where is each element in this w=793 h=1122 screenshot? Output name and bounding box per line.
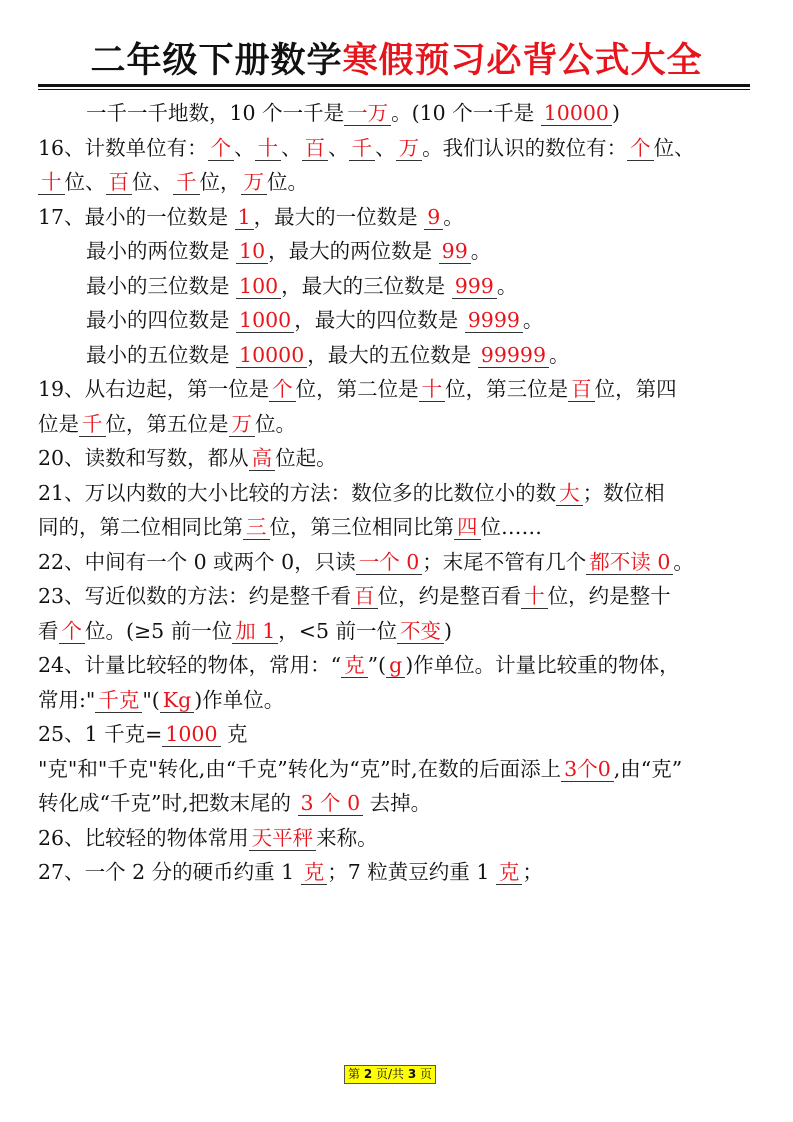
static-text: 位、 bbox=[65, 170, 106, 194]
answer-blank: 加 1 bbox=[232, 619, 278, 644]
static-text: 、 bbox=[234, 136, 255, 160]
answer-blank: 3个0 bbox=[561, 757, 614, 782]
static-text: ”( bbox=[368, 653, 386, 677]
static-text: 。 bbox=[443, 205, 464, 229]
answer-blank: 十 bbox=[419, 377, 446, 402]
answer-blank: 个 bbox=[269, 377, 296, 402]
document-body: 一千一千地数，10 个一千是一万。(10 个一千是 10000)16、计数单位有… bbox=[38, 96, 758, 890]
answer-blank: 大 bbox=[556, 481, 583, 506]
answer-blank: 个 bbox=[627, 136, 654, 161]
static-text: ；末尾不管有几个 bbox=[422, 550, 586, 574]
answer-blank: 三 bbox=[243, 515, 270, 540]
answer-blank: 9 bbox=[424, 205, 443, 230]
answer-blank: 10000 bbox=[541, 101, 612, 126]
static-text: 25、1 千克= bbox=[38, 722, 162, 746]
static-text: 。 bbox=[497, 274, 518, 298]
answer-blank: Kg bbox=[160, 688, 194, 713]
answer-blank: 克 bbox=[496, 860, 523, 885]
static-text: 。我们认识的数位有： bbox=[422, 136, 627, 160]
answer-blank: 999 bbox=[452, 274, 497, 299]
static-text: 19、从右边起，第一位是 bbox=[38, 377, 269, 401]
static-text: 位。(≥5 前一位 bbox=[85, 619, 232, 643]
static-text: ，最大的四位数是 bbox=[294, 308, 465, 332]
static-text: 看 bbox=[38, 619, 59, 643]
static-text: 21、万以内数的大小比较的方法：数位多的比数位小的数 bbox=[38, 481, 556, 505]
static-text: ，最大的两位数是 bbox=[268, 239, 439, 263]
answer-blank: 1 bbox=[235, 205, 254, 230]
answer-blank: 四 bbox=[454, 515, 481, 540]
static-text: 常用:" bbox=[38, 688, 95, 712]
static-text: 同的，第二位相同比第 bbox=[38, 515, 243, 539]
static-text: 最小的三位数是 bbox=[86, 274, 236, 298]
text-line: 看个位。(≥5 前一位加 1，<5 前一位不变) bbox=[38, 614, 758, 649]
static-text: ；数位相 bbox=[583, 481, 665, 505]
static-text: 24、计量比较轻的物体，常用：“ bbox=[38, 653, 341, 677]
static-text: 位，第四 bbox=[595, 377, 677, 401]
text-line: 25、1 千克=1000 克 bbox=[38, 717, 758, 752]
answer-blank: 一个 0 bbox=[356, 550, 423, 575]
text-line: 同的，第二位相同比第三位，第三位相同比第四位…… bbox=[38, 510, 758, 545]
title-divider-thick bbox=[38, 84, 750, 87]
text-line: 22、中间有一个 0 或两个 0，只读一个 0；末尾不管有几个都不读 0。 bbox=[38, 545, 758, 580]
answer-blank: 个 bbox=[59, 619, 86, 644]
answer-blank: 100 bbox=[236, 274, 281, 299]
static-text: )作单位。计量比较重的物体， bbox=[405, 653, 680, 677]
title-black-part: 二年级下册数学 bbox=[90, 41, 342, 81]
text-line: 20、读数和写数，都从高位起。 bbox=[38, 441, 758, 476]
static-text: 26、比较轻的物体常用 bbox=[38, 826, 249, 850]
answer-blank: g bbox=[386, 653, 405, 678]
answer-blank: 1000 bbox=[162, 722, 220, 747]
static-text: ； bbox=[522, 860, 543, 884]
static-text: 。 bbox=[471, 239, 492, 263]
total-pages-number: 3 bbox=[408, 1067, 416, 1081]
static-text: 。 bbox=[673, 550, 694, 574]
text-line: "克"和"千克"转化,由“千克”转化为“克”时,在数的后面添上3个0,由“克” bbox=[38, 752, 758, 787]
answer-blank: 百 bbox=[106, 170, 133, 195]
answer-blank: 十 bbox=[38, 170, 65, 195]
text-line: 最小的三位数是 100，最大的三位数是 999。 bbox=[38, 269, 758, 304]
page-suffix: 页 bbox=[416, 1067, 432, 1081]
static-text: 位，第三位相同比第 bbox=[270, 515, 455, 539]
page-prefix: 第 bbox=[348, 1067, 364, 1081]
static-text: ) bbox=[444, 619, 452, 643]
static-text: 去掉。 bbox=[363, 791, 431, 815]
answer-blank: 百 bbox=[351, 584, 378, 609]
static-text: 。 bbox=[523, 308, 544, 332]
static-text: "( bbox=[142, 688, 159, 712]
static-text: ) bbox=[612, 101, 620, 125]
answer-blank: 万 bbox=[229, 412, 256, 437]
answer-blank: 克 bbox=[301, 860, 328, 885]
static-text: 最小的两位数是 bbox=[86, 239, 236, 263]
static-text: 位，第三位是 bbox=[445, 377, 568, 401]
page-title: 二年级下册数学寒假预习必背公式大全 bbox=[0, 38, 793, 84]
static-text: 位起。 bbox=[275, 446, 337, 470]
static-text: 克 bbox=[221, 722, 248, 746]
text-line: 17、最小的一位数是 1，最大的一位数是 9。 bbox=[38, 200, 758, 235]
answer-blank: 3 个 0 bbox=[298, 791, 364, 816]
static-text: 位是 bbox=[38, 412, 79, 436]
text-line: 23、写近似数的方法：约是整千看百位，约是整百看十位，约是整十 bbox=[38, 579, 758, 614]
answer-blank: 克 bbox=[341, 653, 368, 678]
text-line: 最小的两位数是 10，最大的两位数是 99。 bbox=[38, 234, 758, 269]
answer-blank: 高 bbox=[249, 446, 276, 471]
answer-blank: 十 bbox=[521, 584, 548, 609]
answer-blank: 万 bbox=[241, 170, 268, 195]
static-text: 最小的五位数是 bbox=[86, 343, 236, 367]
static-text: ,由“克” bbox=[614, 757, 682, 781]
static-text: 位，第五位是 bbox=[106, 412, 229, 436]
text-line: 常用:"千克"(Kg)作单位。 bbox=[38, 683, 758, 718]
answer-blank: 不变 bbox=[397, 619, 444, 644]
static-text: ，最大的一位数是 bbox=[254, 205, 425, 229]
static-text: ，最大的五位数是 bbox=[307, 343, 478, 367]
answer-blank: 十 bbox=[255, 136, 282, 161]
static-text: 。(10 个一千是 bbox=[391, 101, 541, 125]
static-text: 27、一个 2 分的硬币约重 1 bbox=[38, 860, 301, 884]
static-text: 22、中间有一个 0 或两个 0，只读 bbox=[38, 550, 356, 574]
static-text: 位。 bbox=[255, 412, 296, 436]
static-text: 位、 bbox=[654, 136, 695, 160]
static-text: 一千一千地数，10 个一千是 bbox=[86, 101, 344, 125]
text-line: 16、计数单位有：个、十、百、千、万。我们认识的数位有：个位、 bbox=[38, 131, 758, 166]
page-middle: 页/共 bbox=[372, 1067, 408, 1081]
text-line: 24、计量比较轻的物体，常用：“克”(g)作单位。计量比较重的物体， bbox=[38, 648, 758, 683]
static-text: 17、最小的一位数是 bbox=[38, 205, 235, 229]
title-red-part: 寒假预习必背公式大全 bbox=[343, 41, 703, 81]
text-line: 位是千位，第五位是万位。 bbox=[38, 407, 758, 442]
answer-blank: 百 bbox=[568, 377, 595, 402]
answer-blank: 9999 bbox=[465, 308, 523, 333]
static-text: 位。 bbox=[267, 170, 308, 194]
answer-blank: 10000 bbox=[236, 343, 307, 368]
text-line: 26、比较轻的物体常用天平秤来称。 bbox=[38, 821, 758, 856]
static-text: 16、计数单位有： bbox=[38, 136, 208, 160]
text-line: 最小的四位数是 1000，最大的四位数是 9999。 bbox=[38, 303, 758, 338]
static-text: 来称。 bbox=[316, 826, 378, 850]
static-text: 、 bbox=[375, 136, 396, 160]
static-text: 20、读数和写数，都从 bbox=[38, 446, 249, 470]
static-text: 位、 bbox=[132, 170, 173, 194]
answer-blank: 10 bbox=[236, 239, 268, 264]
answer-blank: 1000 bbox=[236, 308, 294, 333]
current-page-number: 2 bbox=[364, 1067, 372, 1081]
answer-blank: 99 bbox=[439, 239, 471, 264]
text-line: 最小的五位数是 10000，最大的五位数是 99999。 bbox=[38, 338, 758, 373]
text-line: 21、万以内数的大小比较的方法：数位多的比数位小的数大；数位相 bbox=[38, 476, 758, 511]
text-line: 十位、百位、千位，万位。 bbox=[38, 165, 758, 200]
static-text: 位，约是整十 bbox=[548, 584, 671, 608]
text-line: 27、一个 2 分的硬币约重 1 克；7 粒黄豆约重 1 克； bbox=[38, 855, 758, 890]
static-text: 位，第二位是 bbox=[296, 377, 419, 401]
answer-blank: 99999 bbox=[478, 343, 549, 368]
answer-blank: 千 bbox=[79, 412, 106, 437]
answer-blank: 天平秤 bbox=[249, 826, 317, 851]
static-text: 位， bbox=[200, 170, 241, 194]
static-text: 、 bbox=[281, 136, 302, 160]
answer-blank: 都不读 0 bbox=[586, 550, 673, 575]
static-text: 最小的四位数是 bbox=[86, 308, 236, 332]
page-indicator: 第 2 页/共 3 页 bbox=[344, 1065, 436, 1084]
static-text: 位，约是整百看 bbox=[378, 584, 522, 608]
text-line: 19、从右边起，第一位是个位，第二位是十位，第三位是百位，第四 bbox=[38, 372, 758, 407]
static-text: )作单位。 bbox=[194, 688, 284, 712]
static-text: ，最大的三位数是 bbox=[281, 274, 452, 298]
answer-blank: 千 bbox=[349, 136, 376, 161]
text-line: 转化成“千克”时,把数末尾的 3 个 0 去掉。 bbox=[38, 786, 758, 821]
static-text: ；7 粒黄豆约重 1 bbox=[327, 860, 496, 884]
static-text: 、 bbox=[328, 136, 349, 160]
answer-blank: 千克 bbox=[95, 688, 142, 713]
static-text: "克"和"千克"转化,由“千克”转化为“克”时,在数的后面添上 bbox=[38, 757, 561, 781]
answer-blank: 万 bbox=[396, 136, 423, 161]
text-line: 一千一千地数，10 个一千是一万。(10 个一千是 10000) bbox=[38, 96, 758, 131]
static-text: 位…… bbox=[481, 515, 543, 539]
answer-blank: 百 bbox=[302, 136, 329, 161]
static-text: ，<5 前一位 bbox=[278, 619, 397, 643]
answer-blank: 千 bbox=[173, 170, 200, 195]
static-text: 23、写近似数的方法：约是整千看 bbox=[38, 584, 351, 608]
static-text: 。 bbox=[549, 343, 570, 367]
answer-blank: 一万 bbox=[344, 101, 391, 126]
title-divider-thin bbox=[38, 89, 750, 90]
answer-blank: 个 bbox=[208, 136, 235, 161]
static-text: 转化成“千克”时,把数末尾的 bbox=[38, 791, 298, 815]
